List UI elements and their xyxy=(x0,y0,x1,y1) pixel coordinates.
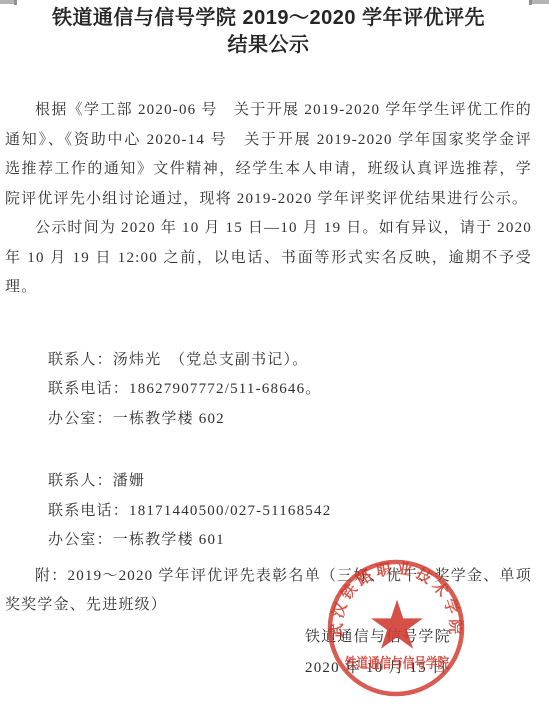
document-body: 根据《学工部 2020-06 号 关于开展 2019-2020 学年学生评优工作… xyxy=(5,96,532,684)
contact1-office: 办公室：一栋教学楼 602 xyxy=(48,405,532,435)
document-page: 铁道通信与信号学院 2019～2020 学年评优评先 结果公示 根据《学工部 2… xyxy=(0,0,549,721)
document-title-line2: 结果公示 xyxy=(228,34,310,56)
contact2-person: 联系人：潘姗 xyxy=(48,467,532,497)
contact2-phone: 联系电话：18171440500/027-51168542 xyxy=(48,497,532,527)
contact-block-2: 联系人：潘姗 联系电话：18171440500/027-51168542 办公室… xyxy=(5,467,532,556)
signature-org: 铁道通信与信号学院 xyxy=(305,623,445,653)
document-title-line1: 铁道通信与信号学院 2019～2020 学年评优评先 xyxy=(52,7,485,29)
paragraph-basis: 根据《学工部 2020-06 号 关于开展 2019-2020 学年学生评优工作… xyxy=(5,96,532,214)
document-title: 铁道通信与信号学院 2019～2020 学年评优评先 结果公示 xyxy=(5,5,532,59)
contact1-phone: 联系电话：18627907772/511-68646。 xyxy=(48,375,532,405)
contact-block-1: 联系人：汤炜光 （党总支副书记）。 联系电话：18627907772/511-6… xyxy=(5,346,532,435)
contact1-person: 联系人：汤炜光 （党总支副书记）。 xyxy=(48,346,532,376)
contact2-office: 办公室：一栋教学楼 601 xyxy=(48,526,532,556)
attachment-note: 附：2019～2020 学年评优评先表彰名单（三好、优干、奖学金、单项奖奖学金、… xyxy=(5,562,532,621)
signature-date: 2020 年 10 月 15 日 xyxy=(305,654,445,684)
paragraph-publicity-period: 公示时间为 2020 年 10 月 15 日—10 月 19 日。如有异议，请于… xyxy=(5,214,532,303)
signature-block: 铁道通信与信号学院 2020 年 10 月 15 日 xyxy=(305,623,445,684)
document-content: 铁道通信与信号学院 2019～2020 学年评优评先 结果公示 根据《学工部 2… xyxy=(0,0,549,684)
